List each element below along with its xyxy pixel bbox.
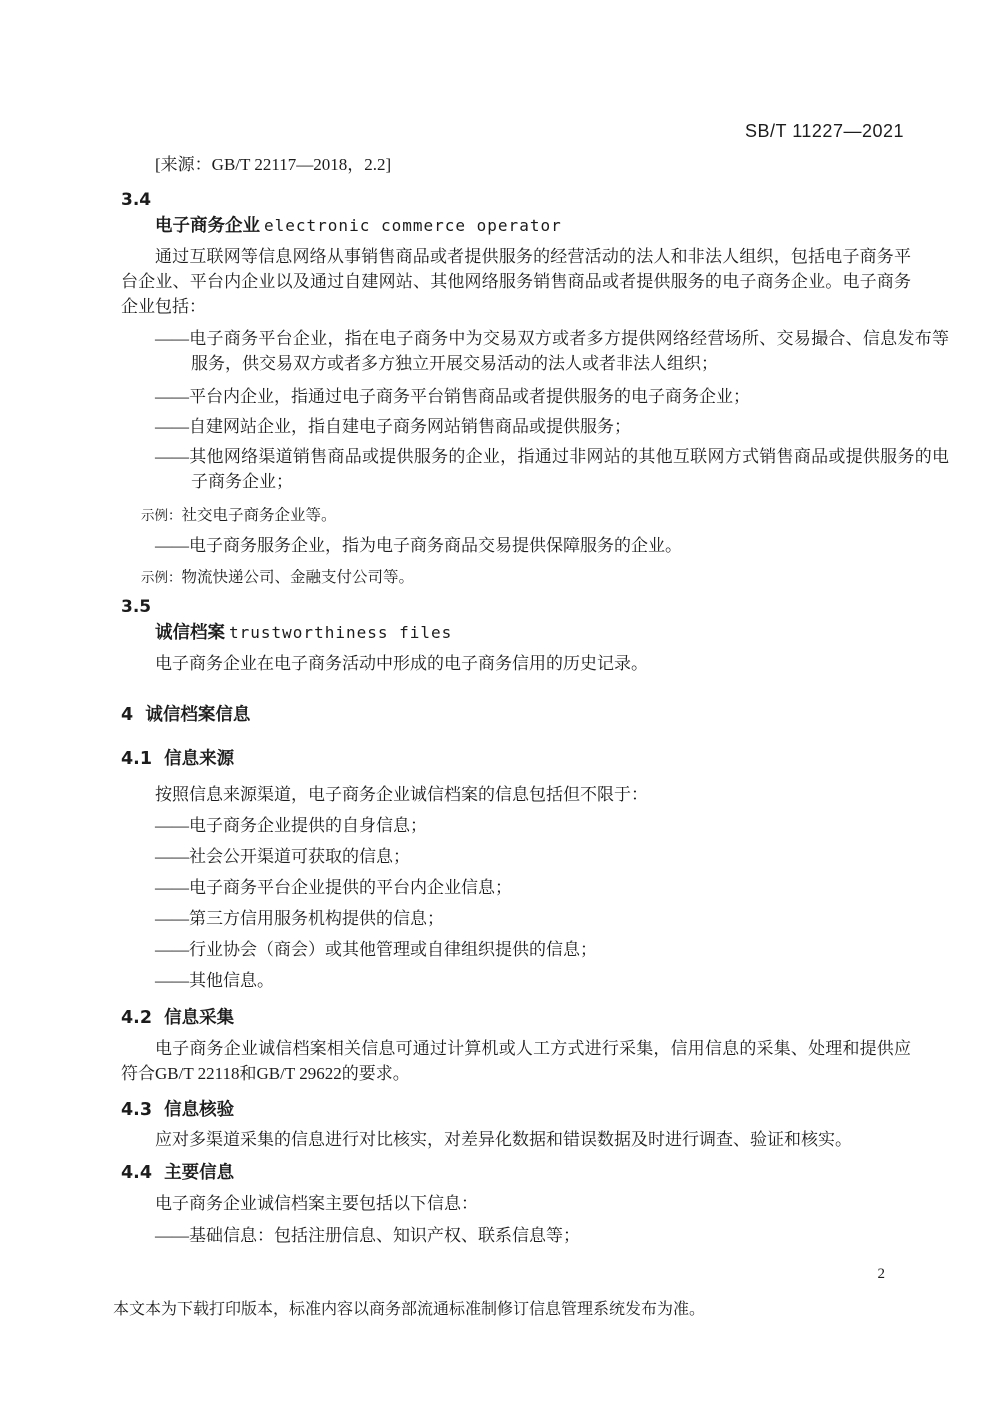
dash-list-item: ——基础信息：包括注册信息、知识产权、联系信息等； xyxy=(155,1223,949,1248)
section-heading-4-3: 4.3 信息核验 xyxy=(121,1096,234,1121)
body-paragraph-4-3: 应对多渠道采集的信息进行对比核实，对差异化数据和错误数据及时进行调查、验证和核实… xyxy=(155,1127,915,1152)
section-heading-4-1: 4.1 信息来源 xyxy=(121,745,234,770)
standard-reference-header: SB/T 11227—2021 xyxy=(745,121,904,142)
dash-list-item: ——电子商务平台企业，指在电子商务中为交易双方或者多方提供网络经营场所、交易撮合… xyxy=(155,326,949,376)
dash-list-item: ——行业协会（商会）或其他管理或自律组织提供的信息； xyxy=(155,937,949,962)
footer-note: 本文本为下载打印版本，标准内容以商务部流通标准制修订信息管理系统发布为准。 xyxy=(113,1296,705,1319)
term-definition-3-5: 电子商务企业在电子商务活动中形成的电子商务信用的历史记录。 xyxy=(155,651,911,676)
standard-document-page: SB/T 11227—2021 [来源：GB/T 22117—2018，2.2]… xyxy=(0,0,1000,1414)
example-line: 示例：物流快递公司、金融支付公司等。 xyxy=(141,565,414,587)
term-en-3-5: trustworthiness files xyxy=(229,623,452,642)
dash-list-item: ——其他网络渠道销售商品或提供服务的企业，指通过非网站的其他互联网方式销售商品或… xyxy=(155,444,949,494)
lead-paragraph-4-4: 电子商务企业诚信档案主要包括以下信息： xyxy=(155,1191,911,1216)
example-line: 示例：社交电子商务企业等。 xyxy=(141,503,337,525)
dash-list-item: ——电子商务企业提供的自身信息； xyxy=(155,813,949,838)
section-heading-4: 4 诚信档案信息 xyxy=(121,701,250,726)
example-label: 示例： xyxy=(141,508,182,523)
example-text: 物流快递公司、金融支付公司等。 xyxy=(182,569,415,586)
term-number-3-5: 3.5 xyxy=(121,597,151,617)
example-label: 示例： xyxy=(141,570,182,585)
term-zh-3-4: 电子商务企业 xyxy=(155,216,260,236)
example-text: 社交电子商务企业等。 xyxy=(182,507,337,524)
term-line-3-4: 电子商务企业 electronic commerce operator xyxy=(155,212,562,237)
term-definition-3-4: 通过互联网等信息网络从事销售商品或者提供服务的经营活动的法人和非法人组织，包括电… xyxy=(121,244,911,319)
term-en-3-4: electronic commerce operator xyxy=(264,216,562,235)
page-number: 2 xyxy=(878,1266,886,1283)
section-heading-4-4: 4.4 主要信息 xyxy=(121,1159,234,1184)
term-source-line: [来源：GB/T 22117—2018，2.2] xyxy=(155,152,391,177)
dash-list-item: ——其他信息。 xyxy=(155,968,949,993)
dash-list-item: ——电子商务平台企业提供的平台内企业信息； xyxy=(155,875,949,900)
lead-paragraph-4-1: 按照信息来源渠道，电子商务企业诚信档案的信息包括但不限于： xyxy=(155,782,911,807)
term-line-3-5: 诚信档案 trustworthiness files xyxy=(155,619,452,644)
term-number-3-4: 3.4 xyxy=(121,190,151,210)
dash-list-item: ——自建网站企业，指自建电子商务网站销售商品或提供服务； xyxy=(155,414,949,439)
body-paragraph-4-2: 电子商务企业诚信档案相关信息可通过计算机或人工方式进行采集，信用信息的采集、处理… xyxy=(121,1036,911,1086)
term-zh-3-5: 诚信档案 xyxy=(155,623,225,643)
dash-list-item: ——平台内企业，指通过电子商务平台销售商品或者提供服务的电子商务企业； xyxy=(155,384,949,409)
dash-list-item: ——第三方信用服务机构提供的信息； xyxy=(155,906,949,931)
dash-list-item: ——电子商务服务企业，指为电子商务商品交易提供保障服务的企业。 xyxy=(155,533,949,558)
section-heading-4-2: 4.2 信息采集 xyxy=(121,1004,234,1029)
dash-list-item: ——社会公开渠道可获取的信息； xyxy=(155,844,949,869)
